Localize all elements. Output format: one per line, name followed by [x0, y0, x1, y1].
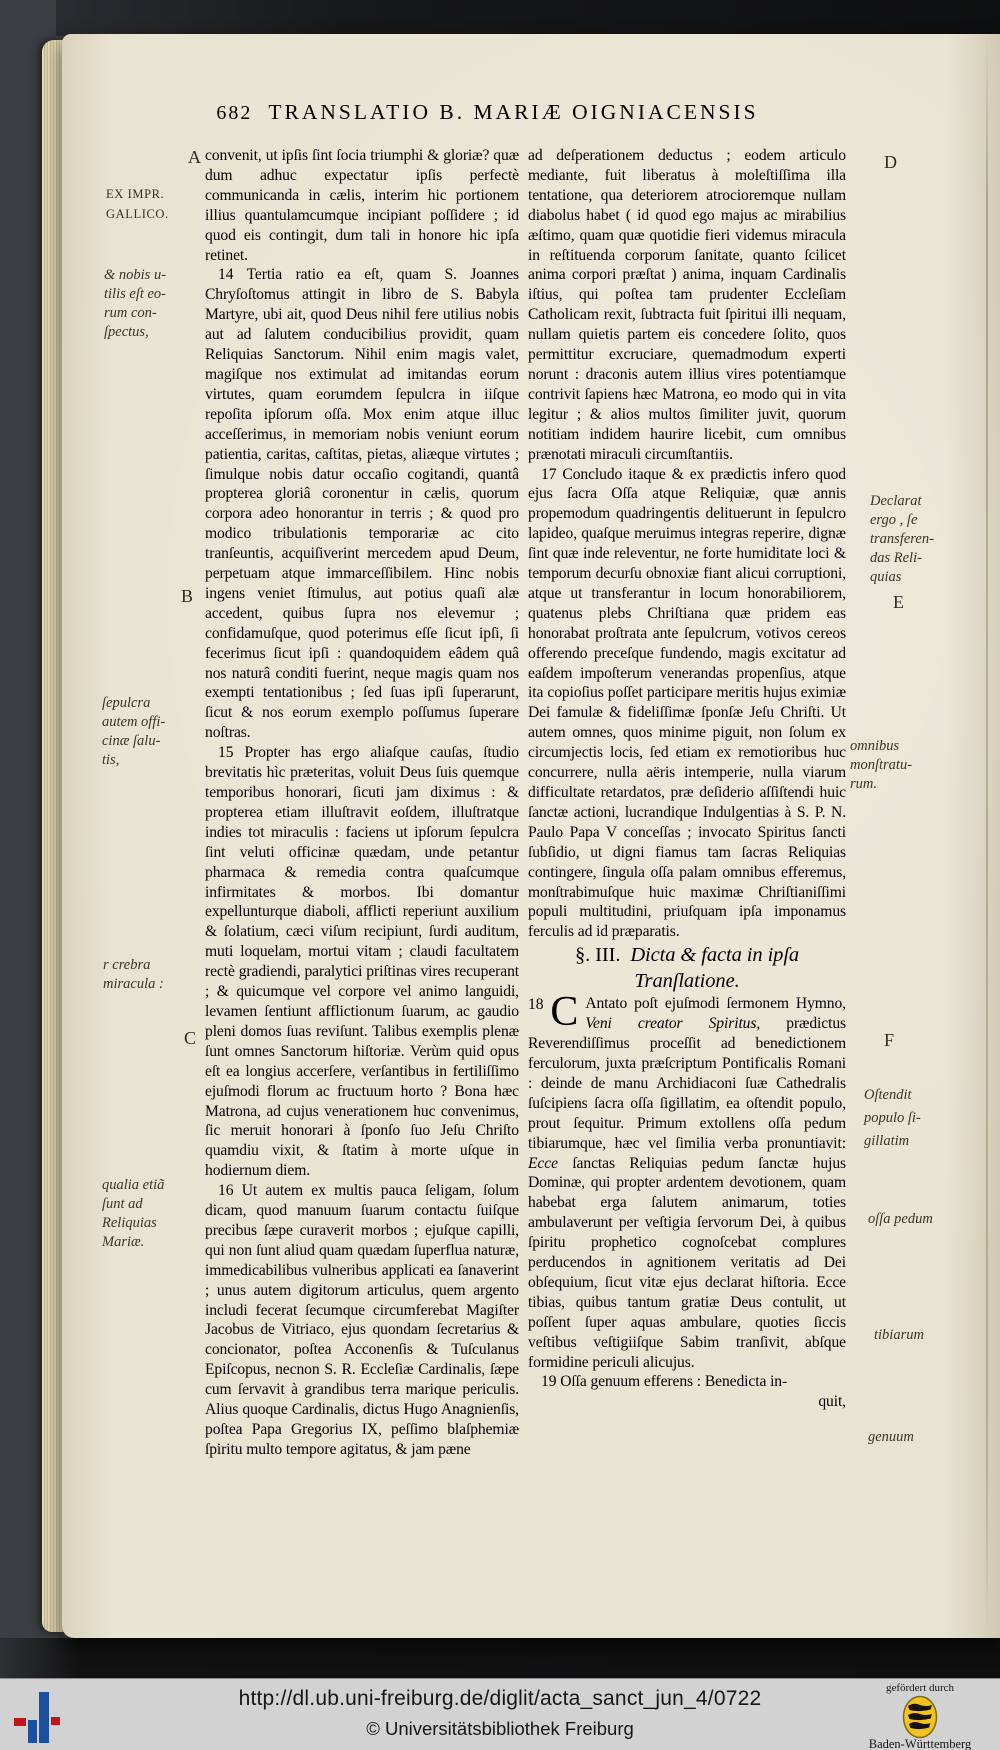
copyright-line: © Universitätsbibliothek Freiburg: [0, 1718, 1000, 1740]
paragraph-16: 16 Ut autem ex multis pauca ſeligam, ſol…: [205, 1181, 519, 1460]
drop-cap: C: [550, 995, 578, 1029]
margin-letter-d: D: [884, 152, 897, 173]
margin-letter-a: A: [188, 147, 201, 168]
scanned-book-viewer: 682 TRANSLATIO B. MARIÆ OIGNIACENSIS A B…: [0, 0, 1000, 1750]
margin-note-tibiarum: tibiarum: [874, 1326, 924, 1345]
funder-block: gefördert durch Baden-Württemberg: [855, 1679, 985, 1750]
margin-note-ossa-pedum: oſſa pedum: [868, 1210, 933, 1229]
running-head: 682 TRANSLATIO B. MARIÆ OIGNIACENSIS: [205, 100, 770, 125]
hymn-title-italic: Veni creator Spiritus: [585, 1015, 756, 1032]
text-column-right: ad deſperationem deductus ; eodem articu…: [528, 146, 846, 1412]
baden-wuerttemberg-crest-icon: [900, 1695, 940, 1739]
section-heading-number: §. III.: [575, 944, 620, 966]
margin-note-miracula: r crebra miracula :: [103, 956, 164, 994]
section-heading: §. III.Dicta & facta in ipſa Tranſlation…: [528, 942, 846, 994]
paragraph-18-number: 18: [528, 995, 543, 1015]
digitization-footer: http://dl.ub.uni-freiburg.de/diglit/acta…: [0, 1678, 1000, 1750]
paragraph-18-dropcap-block: 18C: [528, 995, 578, 1033]
paragraph-19: 19 Oſſa genuum efferens : Benedicta in-: [528, 1372, 846, 1392]
paragraph-18: 18CAntato poſt ejuſmodi ſermonem Hymno, …: [528, 994, 846, 1372]
margin-note-genuum: genuum: [868, 1428, 914, 1447]
book-bottom-edge-shadow: [0, 1638, 1000, 1678]
margin-note-sepulcra: ſepulcra autem offi- cinæ ſalu- tis,: [102, 694, 165, 770]
paragraph-15: 15 Propter has ergo aliaſque cauſas, ſtu…: [205, 743, 519, 1181]
text-column-left: convenit, ut ipſis ſint ſocia triumphi &…: [205, 146, 519, 1460]
margin-letter-e: E: [893, 592, 904, 613]
margin-note-conspectus: & nobis u- tilis eſt eo- rum con- ſpectu…: [104, 266, 166, 342]
margin-letter-c: C: [184, 1028, 196, 1049]
page-number: 682: [216, 102, 252, 125]
paragraph-continuation-right: ad deſperationem deductus ; eodem articu…: [528, 146, 846, 465]
paragraph-18-text: ſanctas Reliquias pedum ſanctæ hujus Dom…: [528, 1155, 846, 1371]
paragraph-continuation: convenit, ut ipſis ſint ſocia triumphi &…: [205, 146, 519, 265]
margin-letter-b: B: [181, 586, 193, 607]
margin-note-declarat: Declarat ergo , ſe transferen- das Reli-…: [870, 492, 934, 587]
page-gutter-crease: [986, 40, 988, 1630]
paragraph-14: 14 Tertia ratio ea eſt, quam S. Joannes …: [205, 265, 519, 743]
margin-letter-f: F: [884, 1030, 894, 1051]
funded-by-label: gefördert durch: [855, 1682, 985, 1694]
margin-note-ostendit: Oſtendit populo ſi- gillatim: [864, 1084, 921, 1153]
funder-name: Baden-Württemberg: [855, 1737, 985, 1750]
book-top-edge-shadow: [56, 0, 1000, 36]
paragraph-18-text: , prædictus Reverendiſſimus proceſſit ad…: [528, 1015, 846, 1151]
book-fore-edge-pages: [42, 40, 64, 1632]
catchword: quit,: [528, 1392, 846, 1412]
margin-note-qualia: qualia etiã ſunt ad Reliquias Mariæ.: [102, 1176, 164, 1252]
paragraph-18-text: Antato poſt ejuſmodi ſermonem Hymno,: [585, 995, 846, 1012]
ecce-italic: Ecce: [528, 1155, 558, 1172]
margin-note-source: EX IMPR. GALLICO.: [106, 184, 169, 224]
persistent-url: http://dl.ub.uni-freiburg.de/diglit/acta…: [0, 1687, 1000, 1711]
margin-note-monstraturum: omnibus monſtratu- rum.: [850, 737, 912, 794]
paragraph-17: 17 Concludo itaque & ex prædictis infero…: [528, 465, 846, 943]
section-heading-title: Dicta & facta in ipſa Tranſlatione.: [630, 944, 799, 992]
page-title: TRANSLATIO B. MARIÆ OIGNIACENSIS: [268, 100, 758, 125]
